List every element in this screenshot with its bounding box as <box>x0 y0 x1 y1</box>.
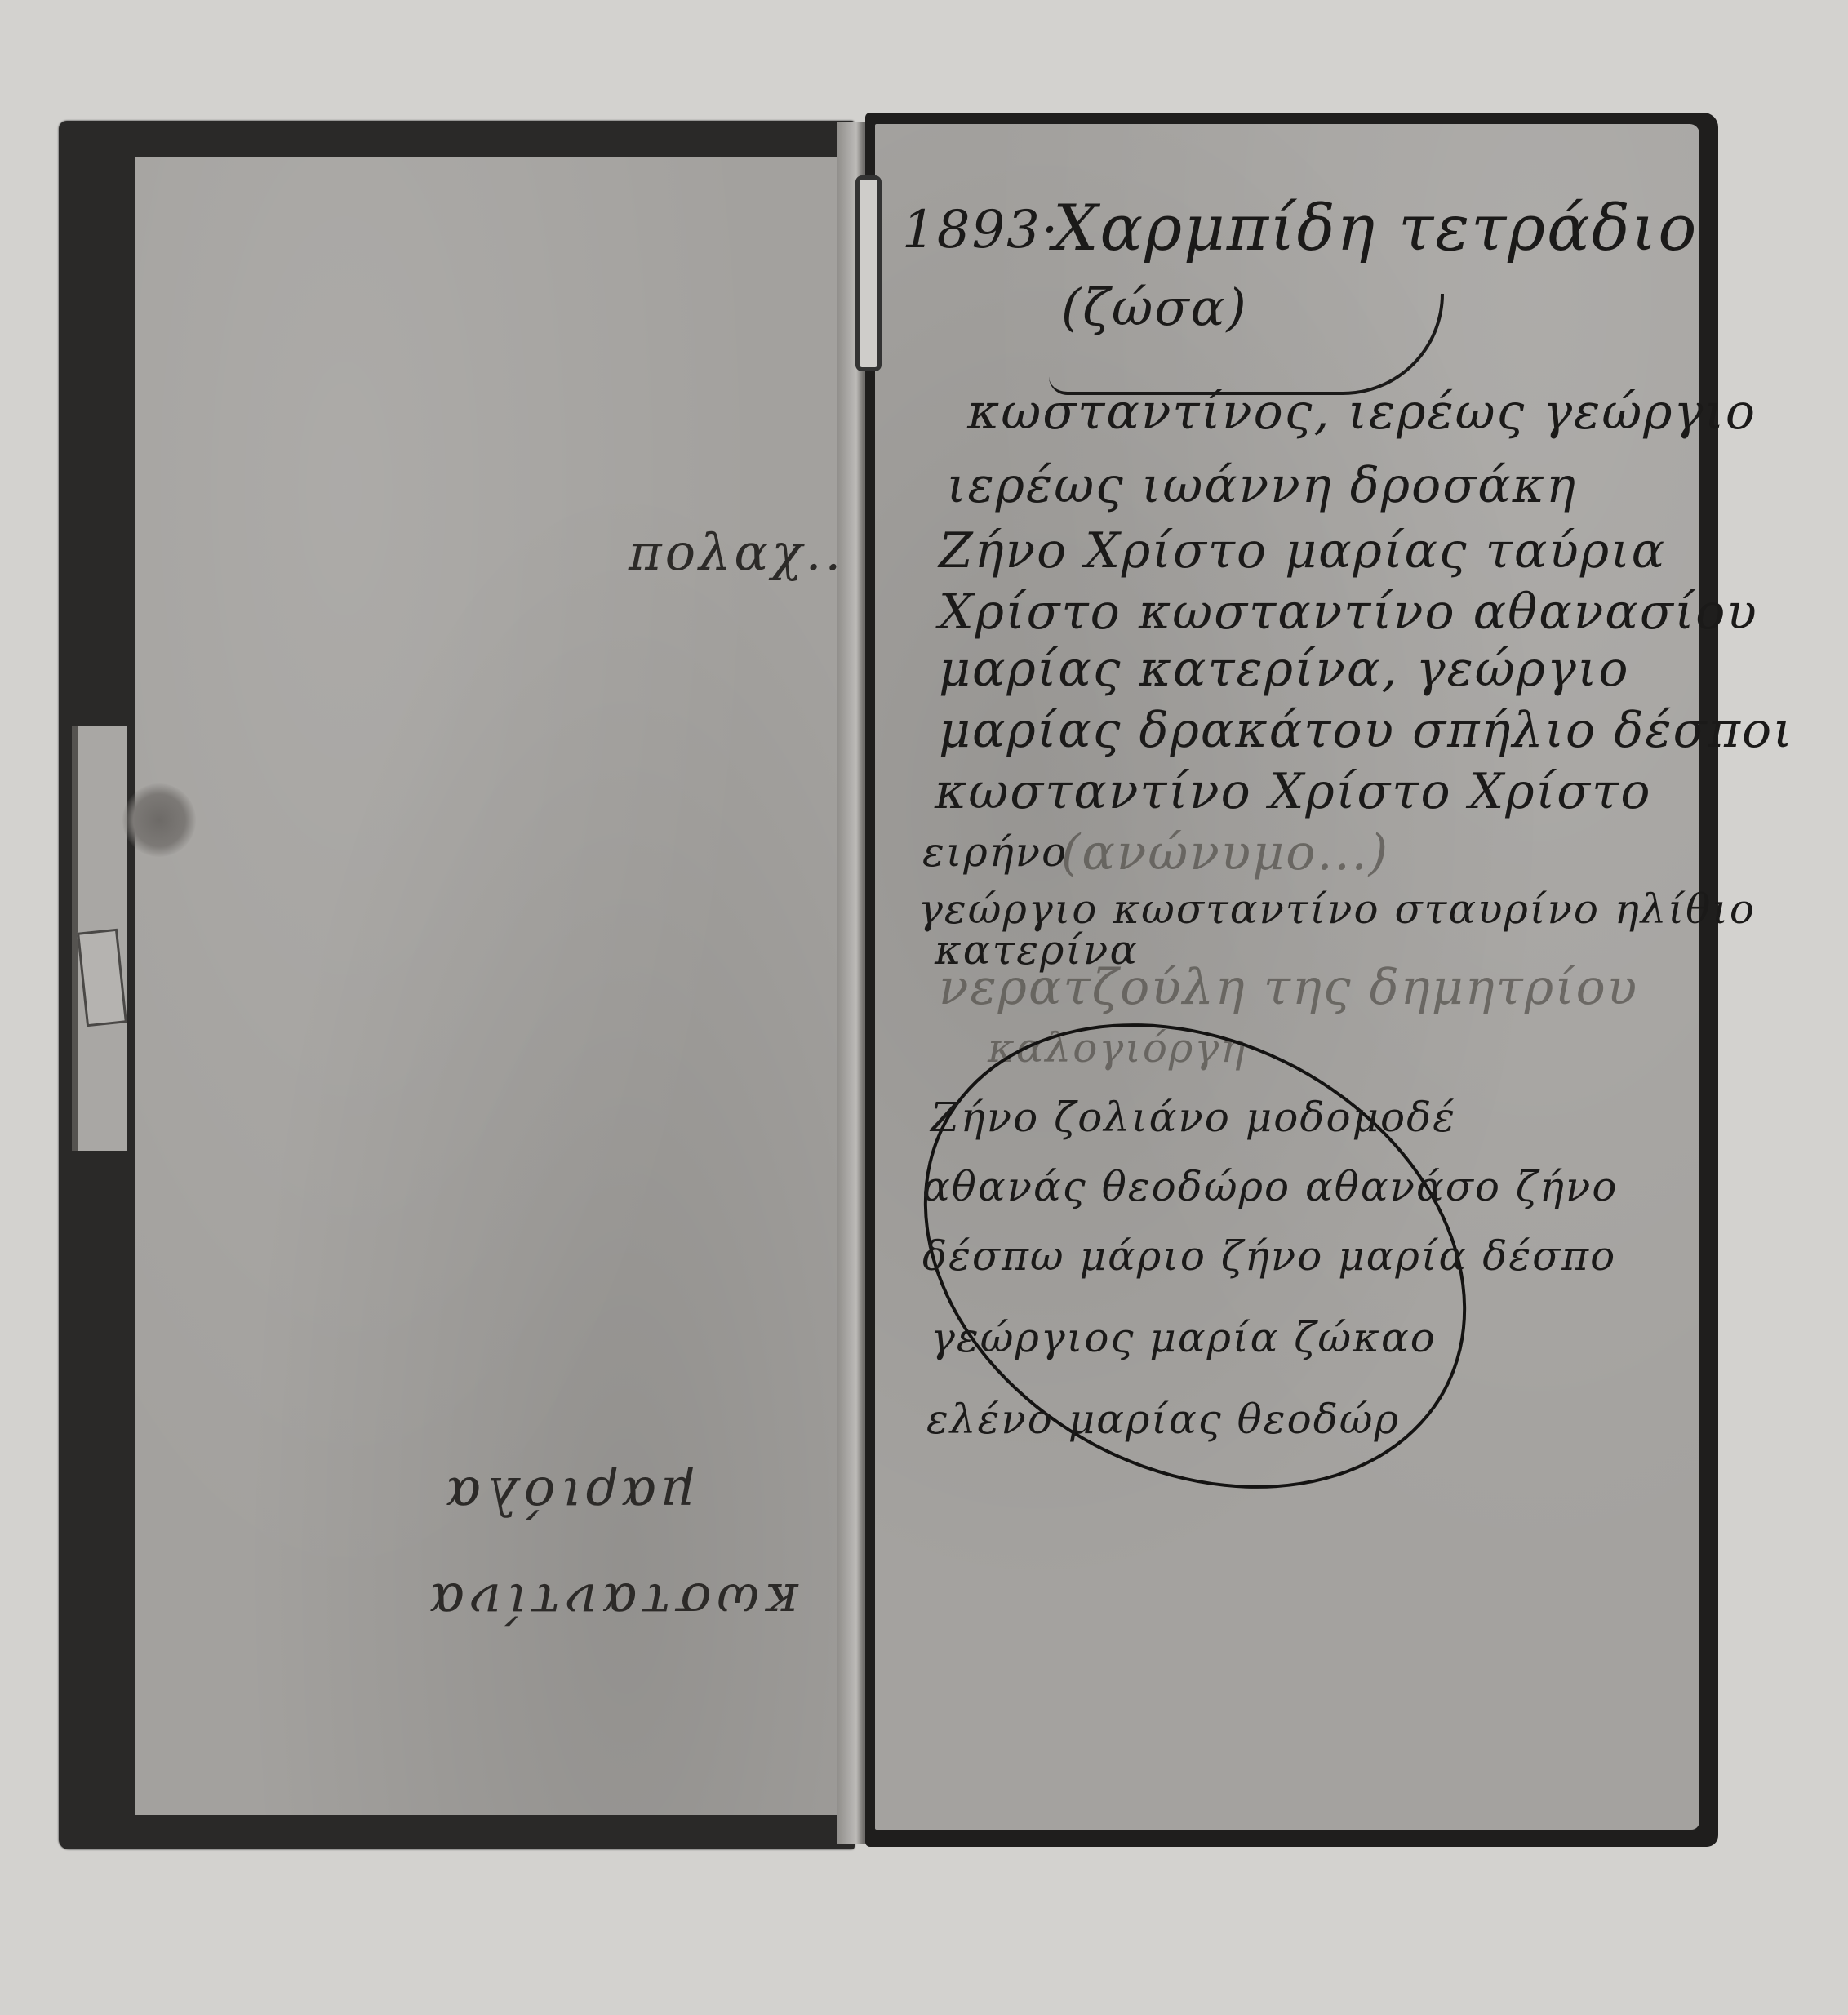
circled-line-4: γεώργιος μαρία ζώκαο <box>931 1314 1437 1361</box>
line-1: κωσταντίνος, ιερέως γεώργιο <box>967 384 1757 441</box>
inverted-note-2: κωσταντίνα <box>424 1571 798 1631</box>
spine-tear <box>855 175 882 371</box>
line-8: ειρήνο <box>922 828 1068 876</box>
circled-line-3: δέσπω μάριο ζήνο μαρία δέσπο <box>922 1232 1616 1280</box>
faint-line-2: νερατζούλη της δημητρίου <box>939 959 1638 1016</box>
left-margin-note: πολαχ... <box>629 522 864 582</box>
left-page <box>135 157 837 1815</box>
circled-line-2: αθανάς θεοδώρο αθανάσο ζήνο <box>922 1163 1618 1210</box>
notebook-photo: πολαχ... μαριόλα κωσταντίνα 1893· Χαρμπί… <box>0 0 1848 2015</box>
title-underline <box>1049 294 1444 395</box>
ink-stain <box>122 783 196 857</box>
year: 1893· <box>902 200 1059 260</box>
circled-line-1: Ζήνο ζολιάνο μοδομοδέ <box>931 1094 1456 1141</box>
line-3: Ζήνο Χρίστο μαρίας ταύρια <box>939 522 1666 579</box>
faint-line-1: (ανώνυμο...) <box>1061 824 1389 881</box>
line-5: μαρίας κατερίνα, γεώργιο <box>939 641 1629 698</box>
line-7: κωσταντίνο Χρίστο Χρίστο <box>935 763 1651 820</box>
inverted-note-1: μαριόλα <box>441 1465 695 1525</box>
line-6: μαρίας δρακάτου σπήλιο δέσποι <box>939 702 1794 759</box>
line-4: Χρίστο κωσταντίνο αθανασίου <box>939 584 1758 641</box>
line-2: ιερέως ιωάννη δροσάκη <box>947 457 1577 514</box>
title-line-1: Χαρμπίδη τετράδιο <box>1053 192 1698 265</box>
circled-line-5: ελένο μαρίας θεοδώρ <box>926 1396 1400 1443</box>
